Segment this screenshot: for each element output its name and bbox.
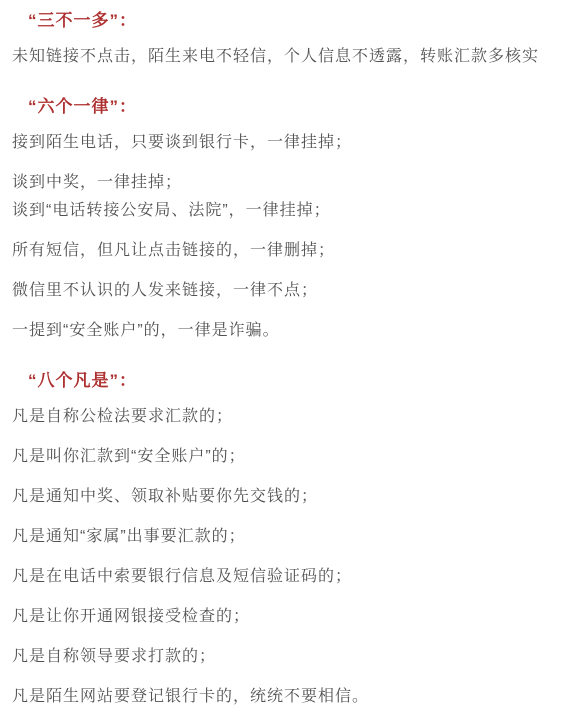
- heading-three-nos-one-more: “三不一多”：: [12, 7, 560, 35]
- paragraph: 谈到中奖，一律挂掉； 谈到“电话转接公安局、法院”，一律挂掉；: [12, 169, 560, 225]
- paragraph: 凡是自称领导要求打款的；: [12, 643, 560, 671]
- paragraph: 凡是叫你汇款到“安全账户”的；: [12, 443, 560, 471]
- paragraph: 微信里不认识的人发来链接，一律不点；: [12, 277, 560, 305]
- paragraph: 凡是通知中奖、领取补贴要你先交钱的；: [12, 483, 560, 511]
- heading-six-always-rules: “六个一律”：: [12, 93, 560, 121]
- paragraph: 凡是在电话中索要银行信息及短信验证码的；: [12, 563, 560, 591]
- heading-eight-whenevers: “八个凡是”：: [12, 367, 560, 395]
- paragraph: 凡是陌生网站要登记银行卡的，统统不要相信。: [12, 683, 560, 711]
- paragraph: 凡是通知“家属”出事要汇款的；: [12, 523, 560, 551]
- paragraph: 未知链接不点击，陌生来电不轻信，个人信息不透露，转账汇款多核实: [12, 43, 560, 71]
- article-body: “三不一多”： 未知链接不点击，陌生来电不轻信，个人信息不透露，转账汇款多核实 …: [0, 0, 574, 711]
- paragraph: 凡是自称公检法要求汇款的；: [12, 403, 560, 431]
- paragraph: 接到陌生电话，只要谈到银行卡，一律挂掉；: [12, 129, 560, 157]
- paragraph: 所有短信，但凡让点击链接的，一律删掉；: [12, 237, 560, 265]
- paragraph-line: 谈到“电话转接公安局、法院”，一律挂掉；: [12, 202, 331, 219]
- paragraph: 一提到“安全账户”的，一律是诈骗。: [12, 317, 560, 345]
- paragraph: 凡是让你开通网银接受检查的；: [12, 603, 560, 631]
- paragraph-line: 谈到中奖，一律挂掉；: [12, 174, 182, 191]
